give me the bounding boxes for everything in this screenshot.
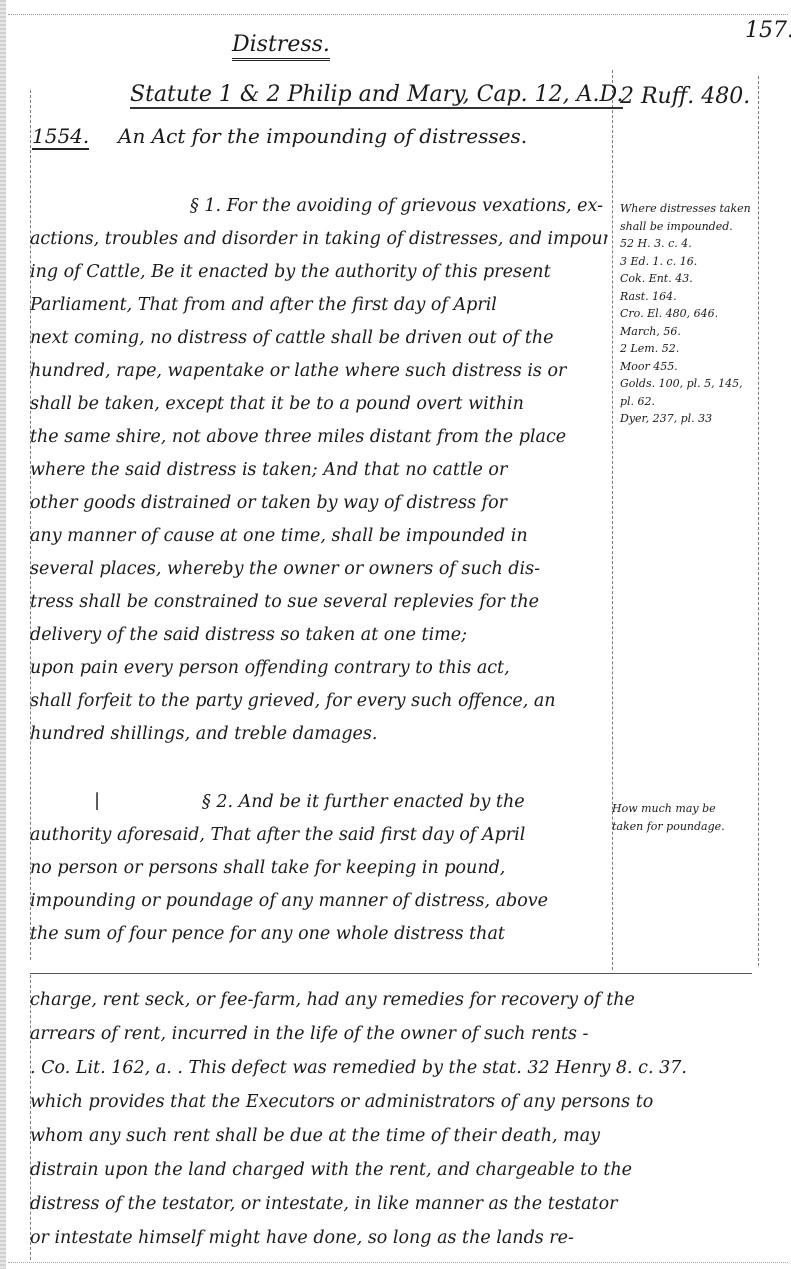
margin-note: Moor 455. — [620, 358, 751, 376]
page-heading: Distress. — [232, 32, 330, 61]
top-rule — [8, 14, 788, 16]
margin-note: Rast. 164. — [620, 288, 751, 306]
text-line: shall forfeit to the party grieved, for … — [30, 685, 608, 718]
text-line: shall be taken, except that it be to a p… — [30, 388, 608, 421]
right-margin-rule — [758, 76, 759, 966]
margin-note: 3 Ed. 1. c. 16. — [620, 253, 751, 271]
margin-note: March, 56. — [620, 323, 751, 341]
text-line: distrain upon the land charged with the … — [30, 1153, 770, 1187]
margin-note: Dyer, 237, pl. 33 — [620, 410, 751, 428]
text-line: tress shall be constrained to sue severa… — [30, 586, 608, 619]
text-line: which provides that the Executors or adm… — [30, 1085, 770, 1119]
text-line: other goods distrained or taken by way o… — [30, 487, 608, 520]
text-line: the same shire, not above three miles di… — [30, 421, 608, 454]
text-line: where the said distress is taken; And th… — [30, 454, 608, 487]
column-divider-rule — [612, 70, 613, 970]
text-line: next coming, no distress of cattle shall… — [30, 322, 608, 355]
text-line: delivery of the said distress so taken a… — [30, 619, 608, 652]
margin-note: Cro. El. 480, 646. — [620, 305, 751, 323]
text-line: actions, troubles and disorder in taking… — [30, 223, 608, 256]
text-line: or intestate himself might have done, so… — [30, 1221, 770, 1255]
section-1-margin-notes: Where distresses taken shall be impounde… — [620, 200, 751, 428]
text-line: impounding or poundage of any manner of … — [30, 885, 608, 918]
section-1-text: § 1. For the avoiding of grievous vexati… — [30, 190, 608, 751]
text-line: several places, whereby the owner or own… — [30, 553, 608, 586]
bottom-rule — [8, 1262, 788, 1263]
text-line: arrears of rent, incurred in the life of… — [30, 1017, 770, 1051]
text-line: § 1. For the avoiding of grievous vexati… — [30, 190, 608, 223]
text-line: whom any such rent shall be due at the t… — [30, 1119, 770, 1153]
text-line: hundred, rape, wapentake or lathe where … — [30, 355, 608, 388]
margin-note: taken for poundage. — [612, 818, 725, 836]
statute-title: Statute 1 & 2 Philip and Mary, Cap. 12, … — [130, 82, 623, 109]
margin-note: Golds. 100, pl. 5, 145, — [620, 375, 751, 393]
text-line: authority aforesaid, That after the said… — [30, 819, 608, 852]
section-2-text: § 2. And be it further enacted by the au… — [30, 786, 608, 951]
margin-note: Cok. Ent. 43. — [620, 270, 751, 288]
text-line: ing of Cattle, Be it enacted by the auth… — [30, 256, 608, 289]
footnote-divider — [30, 973, 752, 974]
footnote-text: charge, rent seck, or fee-farm, had any … — [30, 983, 770, 1255]
margin-note: 2 Lem. 52. — [620, 340, 751, 358]
margin-note: shall be impounded. — [620, 218, 751, 236]
margin-note: 52 H. 3. c. 4. — [620, 235, 751, 253]
margin-note: pl. 62. — [620, 393, 751, 411]
section-2-margin-notes: How much may be taken for poundage. — [612, 800, 725, 835]
text-line: hundred shillings, and treble damages. — [30, 718, 608, 751]
text-line: . Co. Lit. 162, a. . This defect was rem… — [30, 1051, 770, 1085]
text-line: upon pain every person offending contrar… — [30, 652, 608, 685]
text-line: § 2. And be it further enacted by the — [30, 786, 608, 819]
text-line: no person or persons shall take for keep… — [30, 852, 608, 885]
page-number: 157. — [745, 18, 791, 43]
margin-note: How much may be — [612, 800, 725, 818]
text-line: the sum of four pence for any one whole … — [30, 918, 608, 951]
statute-year: 1554. — [32, 124, 89, 150]
act-title: An Act for the impounding of distresses. — [118, 124, 527, 148]
text-line: Parliament, That from and after the firs… — [30, 289, 608, 322]
text-line: charge, rent seck, or fee-farm, had any … — [30, 983, 770, 1017]
text-line: any manner of cause at one time, shall b… — [30, 520, 608, 553]
text-line: distress of the testator, or intestate, … — [30, 1187, 770, 1221]
statute-reference: 2 Ruff. 480. — [620, 84, 750, 109]
margin-note: Where distresses taken — [620, 200, 751, 218]
scan-edge — [0, 0, 6, 1269]
